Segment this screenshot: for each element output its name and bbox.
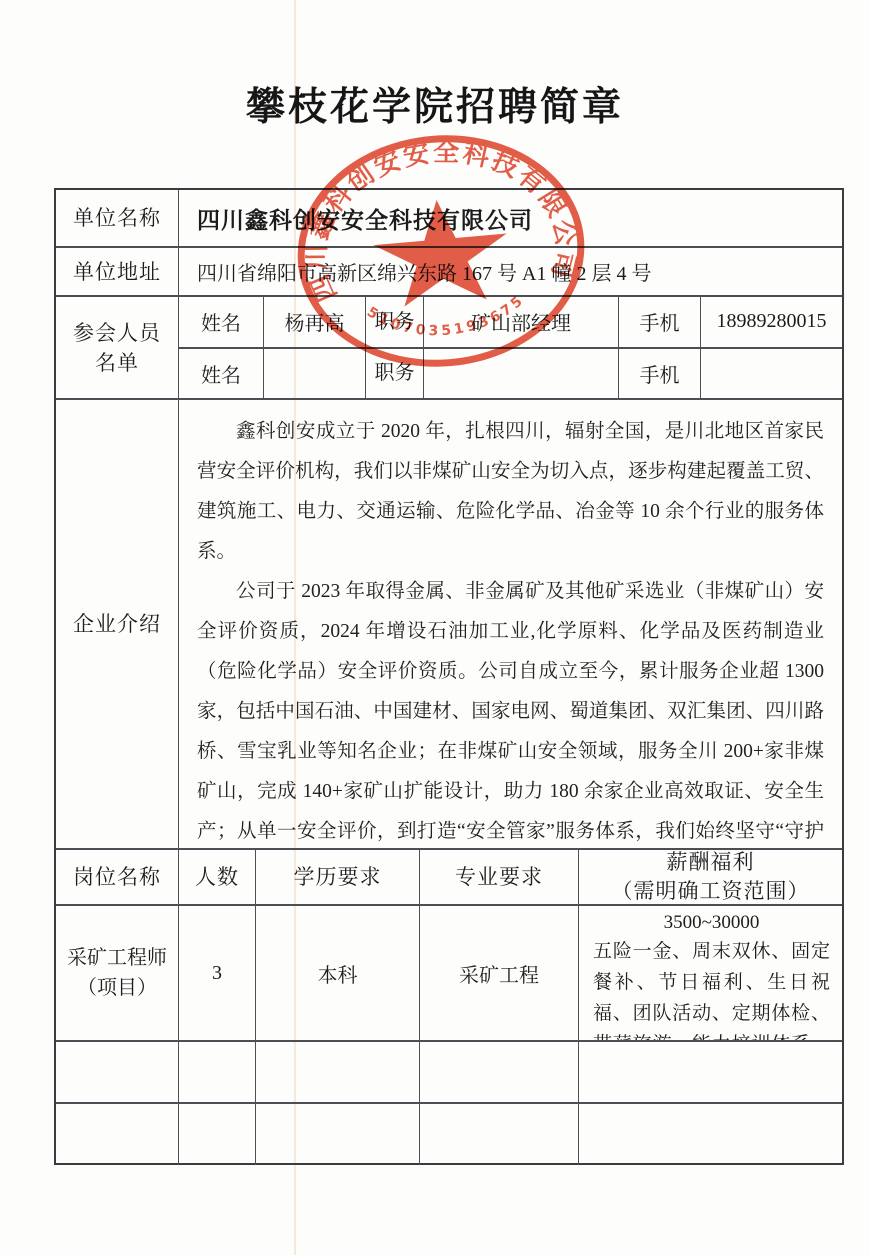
table-cell [420,1104,579,1165]
header-salary: 薪酬福利 （需明确工资范围） [579,850,842,904]
table-cell [579,1042,842,1102]
salary-range: 3500~30000 [593,910,830,936]
phone-label: 手机 [619,349,701,399]
intro-paragraph-2: 公司于 2023 年取得金属、非金属矿及其他矿采选业（非煤矿山）安全评价资质，2… [197,572,824,848]
attendees-row: 参会人员名单 姓名 杨再高 职务 矿山部经理 手机 18989280015 姓名… [56,297,842,400]
header-salary-line2: （需明确工资范围） [612,877,810,904]
attendees-grid: 姓名 杨再高 职务 矿山部经理 手机 18989280015 姓名 职务 手机 [179,297,842,398]
attendee-row-1: 姓名 杨再高 职务 矿山部经理 手机 18989280015 [179,297,842,349]
scanned-document-page: { "page": { "title": "攀枝花学院招聘简章" }, "for… [0,0,870,1255]
job-salary: 3500~30000 五险一金、周末双休、固定餐补、节日福利、生日祝福、团队活动… [579,906,842,1040]
title-label: 职务 [366,297,424,347]
attendees-label: 参会人员名单 [56,297,179,398]
header-education: 学历要求 [256,850,420,904]
title-label: 职务 [366,349,424,399]
unit-name-label: 单位名称 [56,190,179,246]
empty-job-row [56,1042,842,1104]
header-count: 人数 [179,850,256,904]
jobs-header-row: 岗位名称 人数 学历要求 专业要求 薪酬福利 （需明确工资范围） [56,850,842,906]
unit-address-label: 单位地址 [56,248,179,295]
table-cell [256,1104,420,1165]
unit-name-value: 四川鑫科创安安全科技有限公司 [179,190,842,246]
job-count: 3 [179,906,256,1040]
header-major: 专业要求 [420,850,579,904]
job-position: 采矿工程师（项目） [56,906,179,1040]
attendee-name [264,349,366,399]
phone-label: 手机 [619,297,701,347]
job-education: 本科 [256,906,420,1040]
benefits-text: 五险一金、周末双休、固定餐补、节日福利、生日祝福、团队活动、定期体检、带薪旅游、… [593,936,830,1040]
job-major: 采矿工程 [420,906,579,1040]
table-cell [256,1042,420,1102]
table-cell [420,1042,579,1102]
page-title: 攀枝花学院招聘简章 [0,76,870,132]
attendee-row-2: 姓名 职务 手机 [179,349,842,399]
attendee-name: 杨再高 [264,297,366,347]
unit-name-row: 单位名称 四川鑫科创安安全科技有限公司 [56,190,842,248]
attendee-title [424,349,619,399]
header-salary-line1: 薪酬福利 [667,850,755,877]
unit-address-row: 单位地址 四川省绵阳市高新区绵兴东路 167 号 A1 幢 2 层 4 号 [56,248,842,297]
table-cell [56,1042,179,1102]
table-cell [179,1104,256,1165]
name-label: 姓名 [179,349,264,399]
table-cell [179,1042,256,1102]
company-intro-label: 企业介绍 [56,400,179,848]
unit-address-value: 四川省绵阳市高新区绵兴东路 167 号 A1 幢 2 层 4 号 [179,248,842,295]
intro-paragraph-1: 鑫科创安成立于 2020 年，扎根四川，辐射全国，是川北地区首家民营安全评价机构… [197,412,824,572]
attendee-title: 矿山部经理 [424,297,619,347]
recruitment-form-table: 单位名称 四川鑫科创安安全科技有限公司 单位地址 四川省绵阳市高新区绵兴东路 1… [54,188,844,1165]
attendee-phone: 18989280015 [701,297,842,347]
table-cell [579,1104,842,1165]
attendee-phone [701,349,842,399]
company-intro-text: 鑫科创安成立于 2020 年，扎根四川，辐射全国，是川北地区首家民营安全评价机构… [179,400,842,848]
empty-job-row [56,1104,842,1165]
name-label: 姓名 [179,297,264,347]
table-cell [56,1104,179,1165]
company-intro-row: 企业介绍 鑫科创安成立于 2020 年，扎根四川，辐射全国，是川北地区首家民营安… [56,400,842,850]
header-position: 岗位名称 [56,850,179,904]
job-row: 采矿工程师（项目） 3 本科 采矿工程 3500~30000 五险一金、周末双休… [56,906,842,1042]
